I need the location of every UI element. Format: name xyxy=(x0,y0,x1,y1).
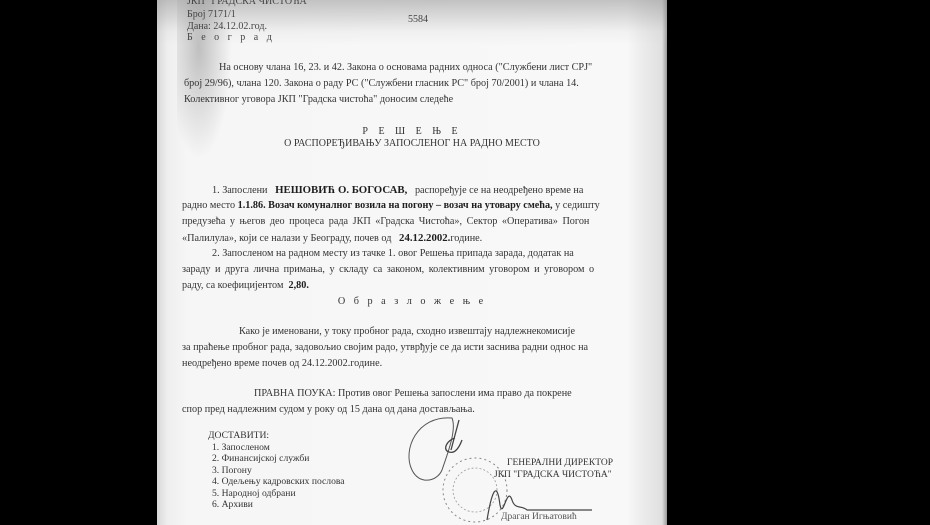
item2-text: раду, са коефицијентом xyxy=(182,280,283,291)
signatory-title: ГЕНЕРАЛНИ ДИРЕКТОР xyxy=(507,458,613,468)
item1-label: 1. Запослени xyxy=(212,185,268,196)
preamble-line: број 29/96), члана 120. Закона о раду РС… xyxy=(184,78,579,89)
job-position: 1.1.86. Возач комуналног возила на погон… xyxy=(238,200,553,211)
employee-name: НЕШОВИЋ О. БОГОСАВ, xyxy=(275,184,407,196)
document-subtitle: О РАСПОРЕЂИВАЊУ ЗАПОСЛЕНОГ НА РАДНО МЕСТ… xyxy=(157,138,667,149)
item1-line4: «Палилула», који се налази у Београду, п… xyxy=(182,232,482,244)
preamble-line: Колективног уговора ЈКП "Градска чистоћа… xyxy=(184,94,453,105)
explanation-line: за праћење пробног рада, задовољио своји… xyxy=(182,342,588,353)
signatory-name: Драган Игњатовић xyxy=(501,512,577,522)
explanation-heading: О б р а з л о ж е њ е xyxy=(157,296,667,307)
header-city: Б е о г р а д xyxy=(187,32,275,43)
item2-line1: 2. Запосленом на радном месту из тачке 1… xyxy=(212,248,574,259)
delivery-heading: ДОСТАВИТИ: xyxy=(208,430,345,442)
delivery-item: 4. Одељењу кадровских послова xyxy=(208,476,345,488)
explanation-line: Како је именовани, у току пробног рада, … xyxy=(239,326,575,337)
legal-notice-line1: ПРАВНА ПОУКА: Против овог Решења запосле… xyxy=(254,388,572,399)
delivery-item: 3. Погону xyxy=(208,465,345,477)
delivery-item: 5. Народној одбрани xyxy=(208,488,345,500)
preamble-line: На основу члана 16, 23. и 42. Закона о о… xyxy=(219,62,592,73)
explanation-line: неодређено време почев од 24.12.2002.год… xyxy=(182,358,382,369)
scanned-document-page: ЈКП "ГРАДСКА ЧИСТОЋА" Број 7171/1 Дана: … xyxy=(157,0,667,525)
signatory-org: ЈКП "ГРАДСКА ЧИСТОЋА" xyxy=(494,470,612,480)
document-title: Р Е Ш Е Њ Е xyxy=(157,126,667,137)
start-date: 24.12.2002. xyxy=(399,232,450,244)
delivery-item: 6. Архиви xyxy=(208,499,345,511)
item1-line3: предузећа у његов део процеса рада ЈКП «… xyxy=(182,216,589,227)
item1-text: године. xyxy=(450,233,482,244)
item1-text: распоређује се на неодређено време на xyxy=(415,185,583,196)
item1-text: радно место xyxy=(182,200,235,211)
item1-text: «Палилула», који се налази у Београду, п… xyxy=(182,233,391,244)
coefficient: 2,80. xyxy=(289,280,309,291)
item2-line3: раду, са коефицијентом 2,80. xyxy=(182,280,309,291)
item1-text: у седишту xyxy=(555,200,600,211)
header-date: Дана: 24.12.02.год. xyxy=(187,21,267,32)
item2-line2: зараду и друга лична примања, у складу с… xyxy=(182,264,594,275)
item1-line2: радно место 1.1.86. Возач комуналног воз… xyxy=(182,200,600,211)
delivery-list: ДОСТАВИТИ: 1. Запосленом 2. Финансијској… xyxy=(208,430,345,511)
header-number: Број 7171/1 xyxy=(187,9,236,20)
item1-line1: 1. Запослени НЕШОВИЋ О. БОГОСАВ, распоре… xyxy=(212,184,583,196)
header-org: ЈКП "ГРАДСКА ЧИСТОЋА" xyxy=(187,0,311,7)
delivery-item: 1. Запосленом xyxy=(208,442,345,454)
document-code: 5584 xyxy=(408,14,428,25)
delivery-item: 2. Финансијској служби xyxy=(208,453,345,465)
